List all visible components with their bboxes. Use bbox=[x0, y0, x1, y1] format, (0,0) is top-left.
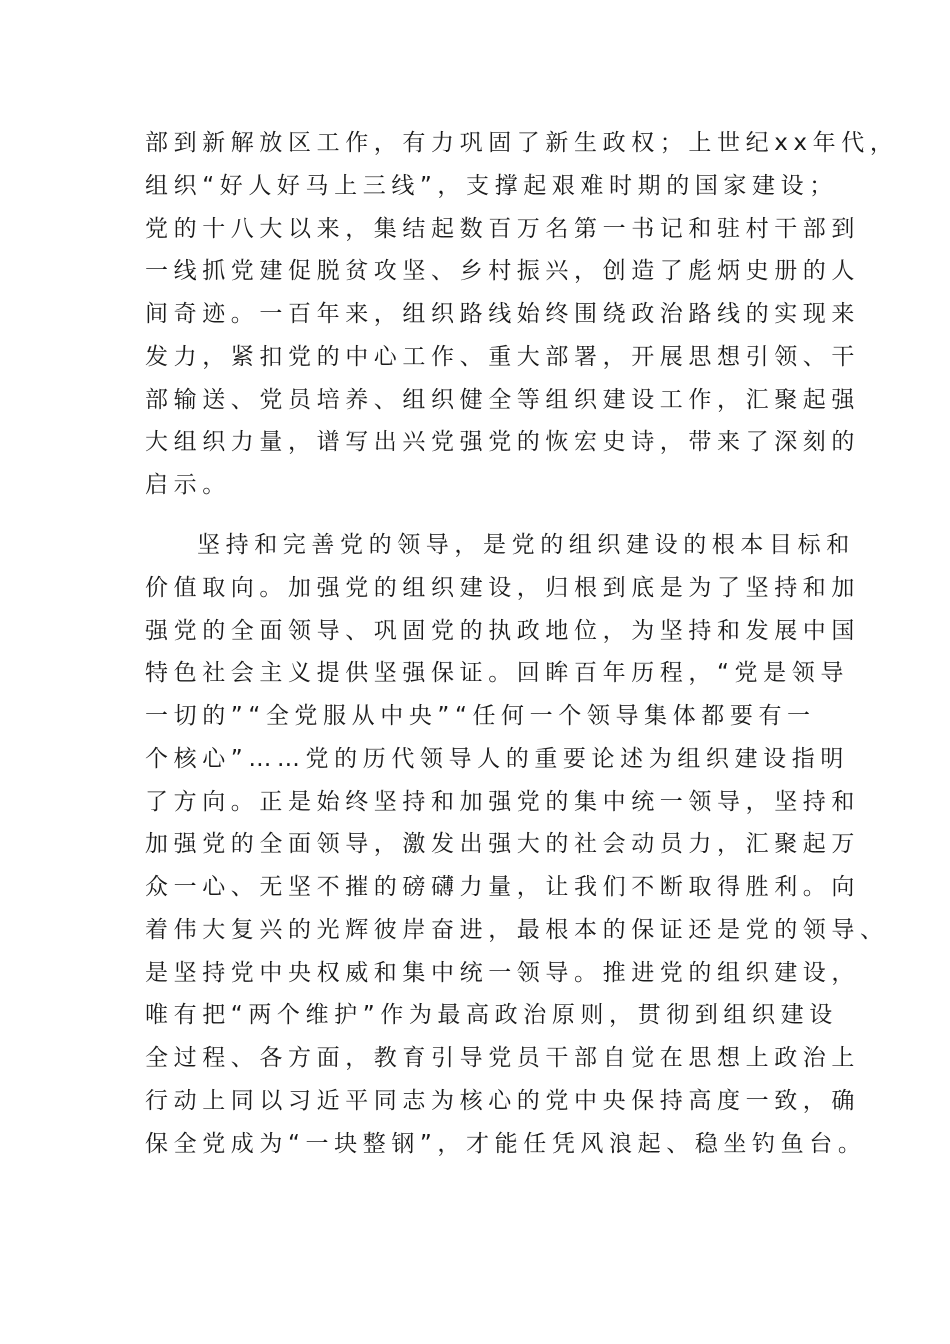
text-line: 价值取向。加强党的组织建设，归根到底是为了坚持和加 bbox=[145, 567, 825, 610]
text-line: 部到新解放区工作，有力巩固了新生政权；上世纪xx年代， bbox=[145, 122, 825, 165]
text-line: 行动上同以习近平同志为核心的党中央保持高度一致，确 bbox=[145, 1080, 825, 1123]
text-line: 保全党成为“一块整钢”，才能任凭风浪起、稳坐钓鱼台。 bbox=[145, 1123, 825, 1166]
text-line: 特色社会主义提供坚强保证。回眸百年历程，“党是领导 bbox=[145, 652, 825, 695]
text-line: 强党的全面领导、巩固党的执政地位，为坚持和发展中国 bbox=[145, 610, 825, 653]
text-line: 着伟大复兴的光辉彼岸奋进，最根本的保证还是党的领导、 bbox=[145, 909, 825, 952]
text-line: 全过程、各方面，教育引导党员干部自觉在思想上政治上 bbox=[145, 1037, 825, 1080]
text-line: 发力，紧扣党的中心工作、重大部署，开展思想引领、干 bbox=[145, 336, 825, 379]
text-line: 众一心、无坚不摧的磅礴力量，让我们不断取得胜利。向 bbox=[145, 866, 825, 909]
text-line: 大组织力量，谱写出兴党强党的恢宏史诗，带来了深刻的 bbox=[145, 421, 825, 464]
text-line: 部输送、党员培养、组织健全等组织建设工作，汇聚起强 bbox=[145, 379, 825, 422]
text-line: 一切的”“全党服从中央”“任何一个领导集体都要有一 bbox=[145, 695, 825, 738]
text-line: 党的十八大以来，集结起数百万名第一书记和驻村干部到 bbox=[145, 208, 825, 251]
text-line: 一线抓党建促脱贫攻坚、乡村振兴，创造了彪炳史册的人 bbox=[145, 250, 825, 293]
text-line: 个核心”……党的历代领导人的重要论述为组织建设指明 bbox=[145, 738, 825, 781]
text-line: 了方向。正是始终坚持和加强党的集中统一领导，坚持和 bbox=[145, 781, 825, 824]
text-line: 启示。 bbox=[145, 464, 825, 507]
text-line: 是坚持党中央权威和集中统一领导。推进党的组织建设， bbox=[145, 952, 825, 995]
text-line: 组织“好人好马上三线”，支撑起艰难时期的国家建设； bbox=[145, 165, 825, 208]
text-line: 间奇迹。一百年来，组织路线始终围绕政治路线的实现来 bbox=[145, 293, 825, 336]
paragraph-1: 部到新解放区工作，有力巩固了新生政权；上世纪xx年代，组织“好人好马上三线”，支… bbox=[145, 122, 825, 507]
document-page: 部到新解放区工作，有力巩固了新生政权；上世纪xx年代，组织“好人好马上三线”，支… bbox=[0, 0, 950, 1344]
text-line: 坚持和完善党的领导，是党的组织建设的根本目标和 bbox=[145, 524, 825, 567]
text-line: 唯有把“两个维护”作为最高政治原则，贯彻到组织建设 bbox=[145, 994, 825, 1037]
text-line: 加强党的全面领导，激发出强大的社会动员力，汇聚起万 bbox=[145, 823, 825, 866]
paragraph-2: 坚持和完善党的领导，是党的组织建设的根本目标和价值取向。加强党的组织建设，归根到… bbox=[145, 524, 825, 1165]
